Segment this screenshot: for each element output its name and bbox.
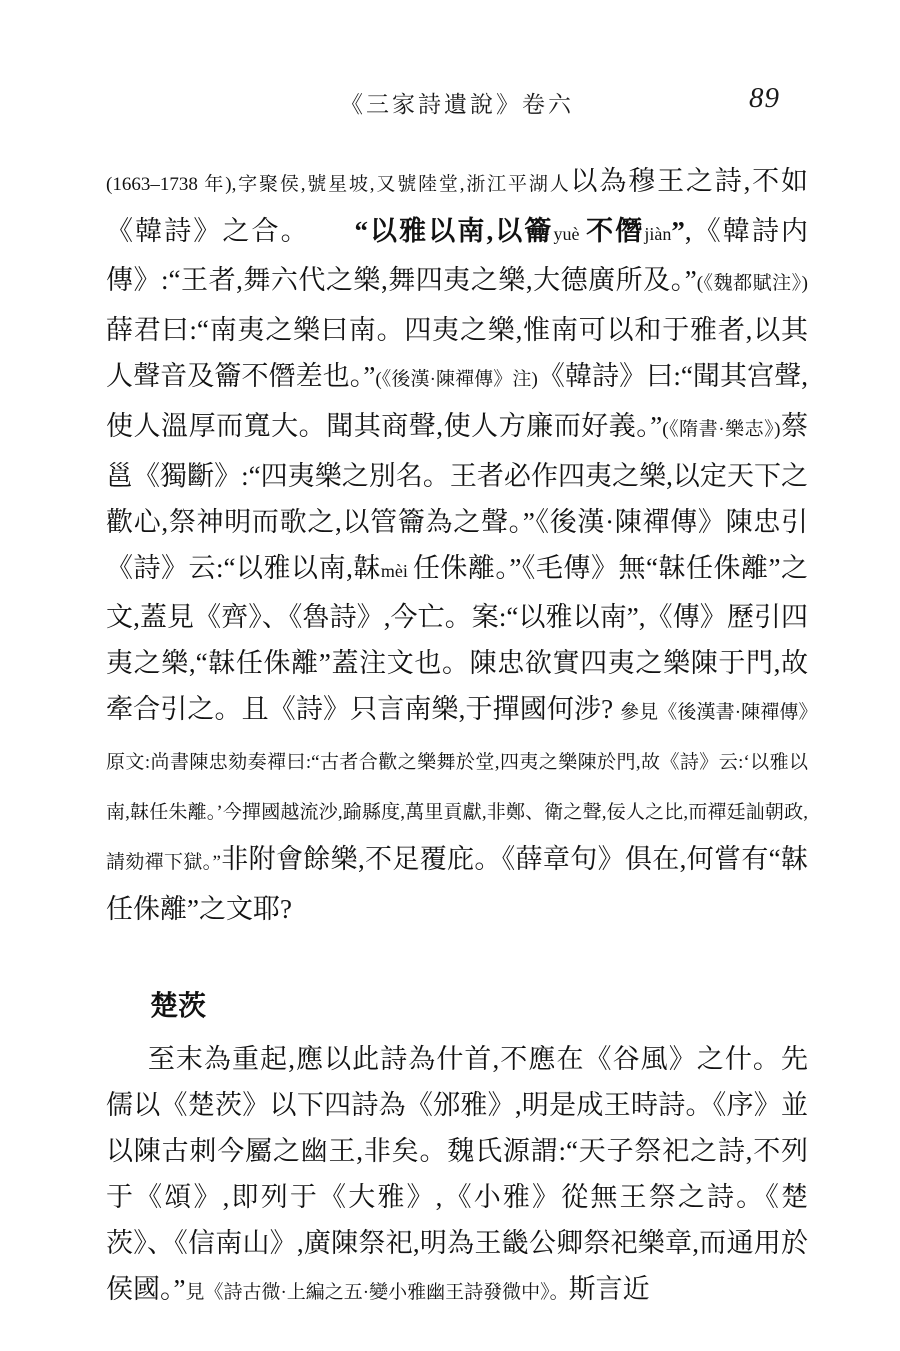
page-title: 《三家詩遺說》卷六	[106, 86, 808, 119]
text-segment-large: 至末為重起,應以此詩為什首,不應在《谷風》之什。先儒以《楚茨》以下四詩為《邠雅》…	[106, 1044, 808, 1304]
text-segment-large: 斯言近	[569, 1274, 650, 1304]
text-segment-small: (《魏都賦注》)	[697, 273, 808, 294]
text-segment-small: (1663–1738 年),字聚侯,號星坡,又號陸堂,浙江平湖人	[106, 174, 571, 195]
running-header: 《三家詩遺說》卷六 89	[106, 86, 808, 120]
paragraph-section: 至末為重起,應以此詩為什首,不應在《谷風》之什。先儒以《楚茨》以下四詩為《邠雅》…	[106, 1036, 808, 1316]
text-segment-bold: 不僭	[586, 216, 644, 246]
text-segment-small: (《後漢·陳禪傳》注)	[375, 369, 537, 390]
text-segment-pinyin: yuè	[554, 224, 587, 244]
text-segment-pinyin: jiàn	[644, 224, 671, 244]
text-segment-pinyin: mèi	[381, 561, 413, 581]
page-body: (1663–1738 年),字聚侯,號星坡,又號陸堂,浙江平湖人以為穆王之詩,不…	[106, 158, 808, 1316]
section-heading: 楚茨	[150, 984, 808, 1030]
text-segment-bold: ”	[671, 216, 685, 246]
page-number: 89	[749, 82, 780, 115]
book-page: 《三家詩遺說》卷六 89 (1663–1738 年),字聚侯,號星坡,又號陸堂,…	[0, 0, 900, 1351]
paragraph-commentary: (1663–1738 年),字聚侯,號星坡,又號陸堂,浙江平湖人以為穆王之詩,不…	[106, 158, 808, 932]
text-segment-bold: “以雅以南,以籥	[354, 216, 553, 246]
text-segment-small: 見《詩古微·上編之五·變小雅幽王詩發微中》。	[185, 1282, 568, 1303]
text-segment-small: (《隋書·樂志》)	[662, 419, 780, 440]
